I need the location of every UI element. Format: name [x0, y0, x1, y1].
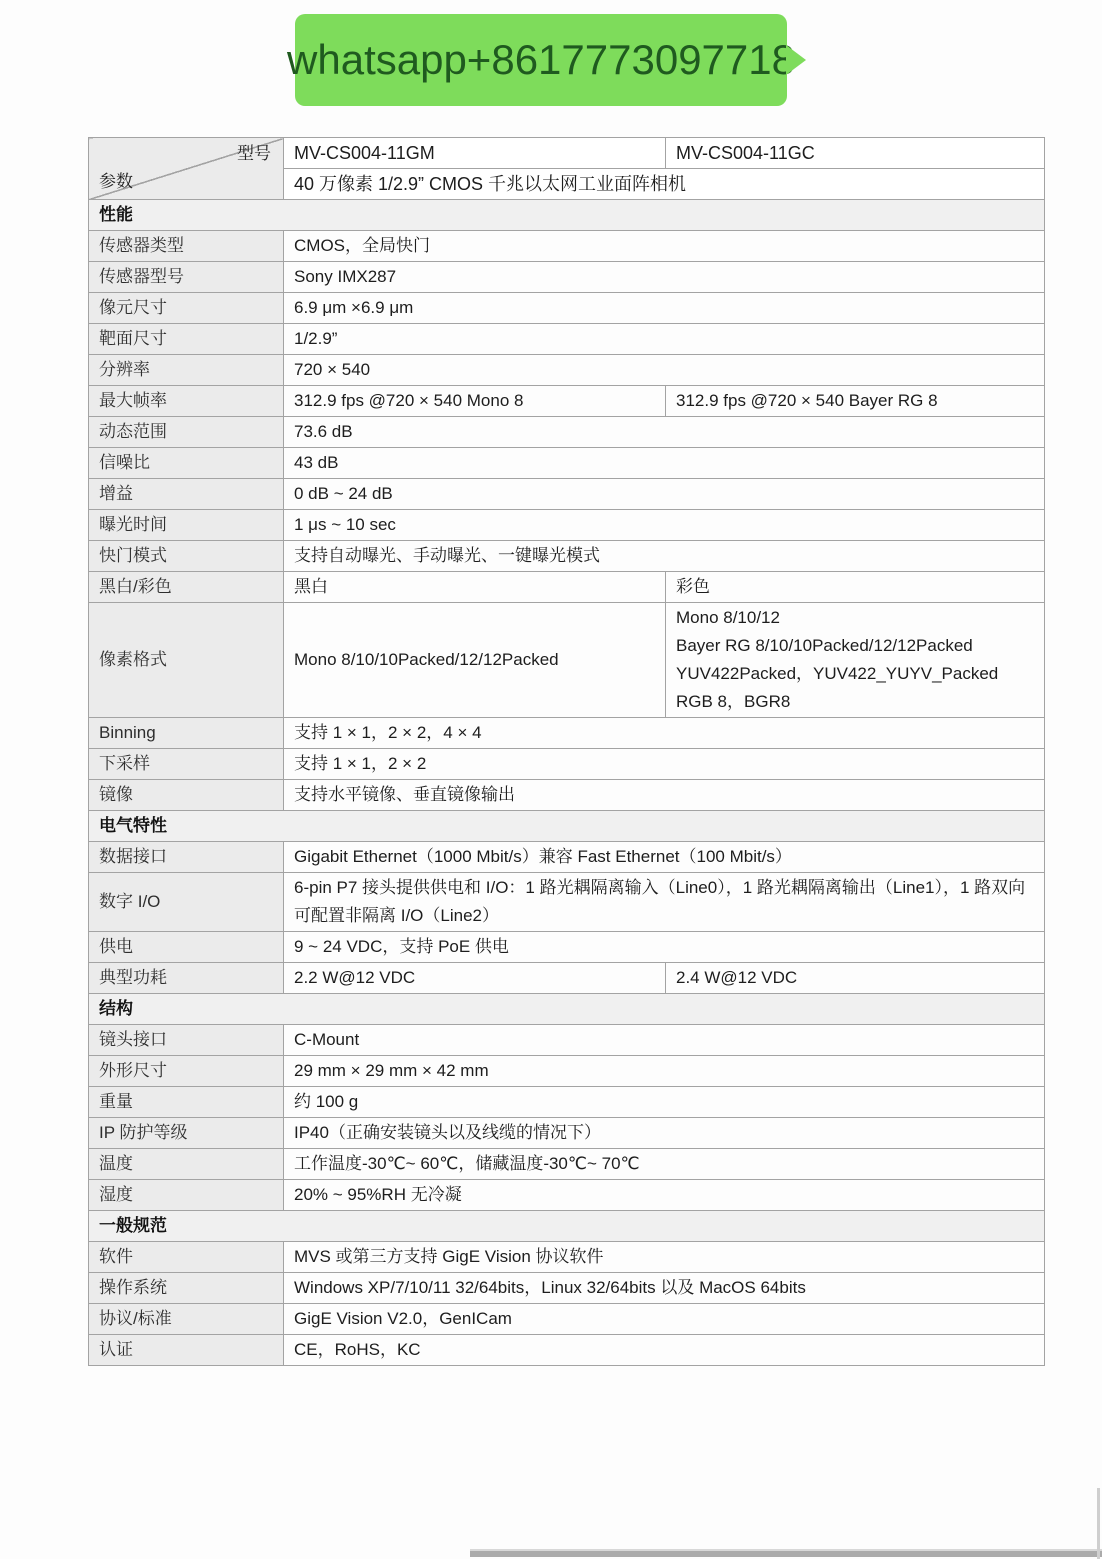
- spec-row: 操作系统Windows XP/7/10/11 32/64bits，Linux 3…: [89, 1273, 1045, 1304]
- spec-label: 镜头接口: [89, 1025, 284, 1056]
- spec-label: 供电: [89, 932, 284, 963]
- spec-value: C-Mount: [284, 1025, 1045, 1056]
- spec-value: 0 dB ~ 24 dB: [284, 479, 1045, 510]
- banner-tail-shape: [786, 45, 806, 75]
- right-edge-line: [1097, 1488, 1100, 1559]
- spec-value: 20% ~ 95%RH 无冷凝: [284, 1180, 1045, 1211]
- spec-label: 传感器型号: [89, 262, 284, 293]
- spec-value: 工作温度-30℃~ 60℃，储藏温度-30℃~ 70℃: [284, 1149, 1045, 1180]
- spec-value: 6.9 μm ×6.9 μm: [284, 293, 1045, 324]
- spec-value: 彩色: [666, 572, 1045, 603]
- spec-row: 分辨率720 × 540: [89, 355, 1045, 386]
- spec-label: 数字 I/O: [89, 873, 284, 932]
- spec-row: 快门模式支持自动曝光、手动曝光、一键曝光模式: [89, 541, 1045, 572]
- spec-row: 镜头接口C-Mount: [89, 1025, 1045, 1056]
- spec-value: 1 μs ~ 10 sec: [284, 510, 1045, 541]
- model-name-gc: MV-CS004-11GC: [666, 138, 1045, 169]
- section-row: 一般规范: [89, 1211, 1045, 1242]
- spec-value: 支持 1 × 1，2 × 2: [284, 749, 1045, 780]
- spec-label: 靶面尺寸: [89, 324, 284, 355]
- spec-value: 支持 1 × 1，2 × 2，4 × 4: [284, 718, 1045, 749]
- spec-row: 外形尺寸29 mm × 29 mm × 42 mm: [89, 1056, 1045, 1087]
- spec-label: 黑白/彩色: [89, 572, 284, 603]
- spec-value: IP40（正确安装镜头以及线缆的情况下）: [284, 1118, 1045, 1149]
- product-description: 40 万像素 1/2.9” CMOS 千兆以太网工业面阵相机: [284, 169, 1045, 200]
- spec-value: GigE Vision V2.0，GenICam: [284, 1304, 1045, 1335]
- spec-row: 典型功耗2.2 W@12 VDC2.4 W@12 VDC: [89, 963, 1045, 994]
- spec-row: 供电9 ~ 24 VDC，支持 PoE 供电: [89, 932, 1045, 963]
- whatsapp-contact-text: whatsapp+8617773097718: [287, 36, 795, 84]
- spec-row: 湿度20% ~ 95%RH 无冷凝: [89, 1180, 1045, 1211]
- spec-label: 分辨率: [89, 355, 284, 386]
- spec-table: 型号 参数 MV-CS004-11GM MV-CS004-11GC 40 万像素…: [88, 137, 1045, 1366]
- corner-param-label: 参数: [99, 169, 133, 195]
- spec-row: 传感器类型CMOS，全局快门: [89, 231, 1045, 262]
- spec-row: 增益0 dB ~ 24 dB: [89, 479, 1045, 510]
- spec-label: 快门模式: [89, 541, 284, 572]
- spec-value: 720 × 540: [284, 355, 1045, 386]
- spec-row: 下采样支持 1 × 1，2 × 2: [89, 749, 1045, 780]
- spec-row: 重量约 100 g: [89, 1087, 1045, 1118]
- model-name-gm: MV-CS004-11GM: [284, 138, 666, 169]
- section-row: 电气特性: [89, 811, 1045, 842]
- spec-label: 温度: [89, 1149, 284, 1180]
- spec-value: Sony IMX287: [284, 262, 1045, 293]
- spec-label: 曝光时间: [89, 510, 284, 541]
- spec-value: CE，RoHS，KC: [284, 1335, 1045, 1366]
- spec-label: 重量: [89, 1087, 284, 1118]
- spec-label: 镜像: [89, 780, 284, 811]
- spec-value: 73.6 dB: [284, 417, 1045, 448]
- spec-value: 1/2.9”: [284, 324, 1045, 355]
- spec-value: 黑白: [284, 572, 666, 603]
- spec-value: Windows XP/7/10/11 32/64bits，Linux 32/64…: [284, 1273, 1045, 1304]
- spec-label: 最大帧率: [89, 386, 284, 417]
- spec-label: 动态范围: [89, 417, 284, 448]
- spec-row: 动态范围73.6 dB: [89, 417, 1045, 448]
- section-row: 性能: [89, 200, 1045, 231]
- model-header-row: 型号 参数 MV-CS004-11GM MV-CS004-11GC: [89, 138, 1045, 169]
- spec-label: 下采样: [89, 749, 284, 780]
- spec-value: Gigabit Ethernet（1000 Mbit/s）兼容 Fast Eth…: [284, 842, 1045, 873]
- spec-value: 9 ~ 24 VDC，支持 PoE 供电: [284, 932, 1045, 963]
- spec-label: 典型功耗: [89, 963, 284, 994]
- spec-row: 软件MVS 或第三方支持 GigE Vision 协议软件: [89, 1242, 1045, 1273]
- spec-row: 曝光时间1 μs ~ 10 sec: [89, 510, 1045, 541]
- spec-label: 传感器类型: [89, 231, 284, 262]
- spec-row: 数据接口Gigabit Ethernet（1000 Mbit/s）兼容 Fast…: [89, 842, 1045, 873]
- spec-row: 像素格式Mono 8/10/10Packed/12/12PackedMono 8…: [89, 603, 1045, 718]
- spec-row: IP 防护等级IP40（正确安装镜头以及线缆的情况下）: [89, 1118, 1045, 1149]
- spec-row: 传感器型号Sony IMX287: [89, 262, 1045, 293]
- spec-value: 2.4 W@12 VDC: [666, 963, 1045, 994]
- spec-value: 312.9 fps @720 × 540 Mono 8: [284, 386, 666, 417]
- spec-value: 2.2 W@12 VDC: [284, 963, 666, 994]
- corner-cell: 型号 参数: [89, 138, 284, 200]
- spec-label: 软件: [89, 1242, 284, 1273]
- section-title: 性能: [89, 200, 1045, 231]
- spec-value: 支持水平镜像、垂直镜像输出: [284, 780, 1045, 811]
- bottom-scrollbar[interactable]: [470, 1549, 1102, 1557]
- spec-label: 协议/标准: [89, 1304, 284, 1335]
- spec-sheet-page: whatsapp+8617773097718 型号 参数 MV-CS004-11…: [0, 0, 1102, 1559]
- spec-value: 312.9 fps @720 × 540 Bayer RG 8: [666, 386, 1045, 417]
- spec-row: 黑白/彩色黑白彩色: [89, 572, 1045, 603]
- spec-table-body: 性能传感器类型CMOS，全局快门传感器型号Sony IMX287像元尺寸6.9 …: [89, 200, 1045, 1366]
- spec-label: 像元尺寸: [89, 293, 284, 324]
- spec-value: Mono 8/10/12 Bayer RG 8/10/10Packed/12/1…: [666, 603, 1045, 718]
- spec-label: 认证: [89, 1335, 284, 1366]
- spec-row: 协议/标准GigE Vision V2.0，GenICam: [89, 1304, 1045, 1335]
- spec-value: CMOS，全局快门: [284, 231, 1045, 262]
- spec-label: 湿度: [89, 1180, 284, 1211]
- spec-label: Binning: [89, 718, 284, 749]
- spec-value: 29 mm × 29 mm × 42 mm: [284, 1056, 1045, 1087]
- spec-value: 支持自动曝光、手动曝光、一键曝光模式: [284, 541, 1045, 572]
- spec-label: 操作系统: [89, 1273, 284, 1304]
- section-title: 电气特性: [89, 811, 1045, 842]
- whatsapp-banner: whatsapp+8617773097718: [295, 14, 787, 106]
- spec-row: 温度工作温度-30℃~ 60℃，储藏温度-30℃~ 70℃: [89, 1149, 1045, 1180]
- spec-row: 数字 I/O6-pin P7 接头提供供电和 I/O：1 路光耦隔离输入（Lin…: [89, 873, 1045, 932]
- spec-row: 像元尺寸6.9 μm ×6.9 μm: [89, 293, 1045, 324]
- section-title: 一般规范: [89, 1211, 1045, 1242]
- spec-value: 6-pin P7 接头提供供电和 I/O：1 路光耦隔离输入（Line0），1 …: [284, 873, 1045, 932]
- spec-value: MVS 或第三方支持 GigE Vision 协议软件: [284, 1242, 1045, 1273]
- spec-label: 像素格式: [89, 603, 284, 718]
- spec-value: 约 100 g: [284, 1087, 1045, 1118]
- spec-value: 43 dB: [284, 448, 1045, 479]
- spec-row: 最大帧率312.9 fps @720 × 540 Mono 8312.9 fps…: [89, 386, 1045, 417]
- spec-label: 增益: [89, 479, 284, 510]
- spec-row: 镜像支持水平镜像、垂直镜像输出: [89, 780, 1045, 811]
- spec-value: Mono 8/10/10Packed/12/12Packed: [284, 603, 666, 718]
- section-title: 结构: [89, 994, 1045, 1025]
- spec-label: 外形尺寸: [89, 1056, 284, 1087]
- spec-label: IP 防护等级: [89, 1118, 284, 1149]
- spec-row: 靶面尺寸1/2.9”: [89, 324, 1045, 355]
- section-row: 结构: [89, 994, 1045, 1025]
- spec-row: Binning支持 1 × 1，2 × 2，4 × 4: [89, 718, 1045, 749]
- spec-row: 信噪比43 dB: [89, 448, 1045, 479]
- spec-row: 认证CE，RoHS，KC: [89, 1335, 1045, 1366]
- spec-label: 数据接口: [89, 842, 284, 873]
- corner-model-label: 型号: [237, 141, 271, 167]
- spec-label: 信噪比: [89, 448, 284, 479]
